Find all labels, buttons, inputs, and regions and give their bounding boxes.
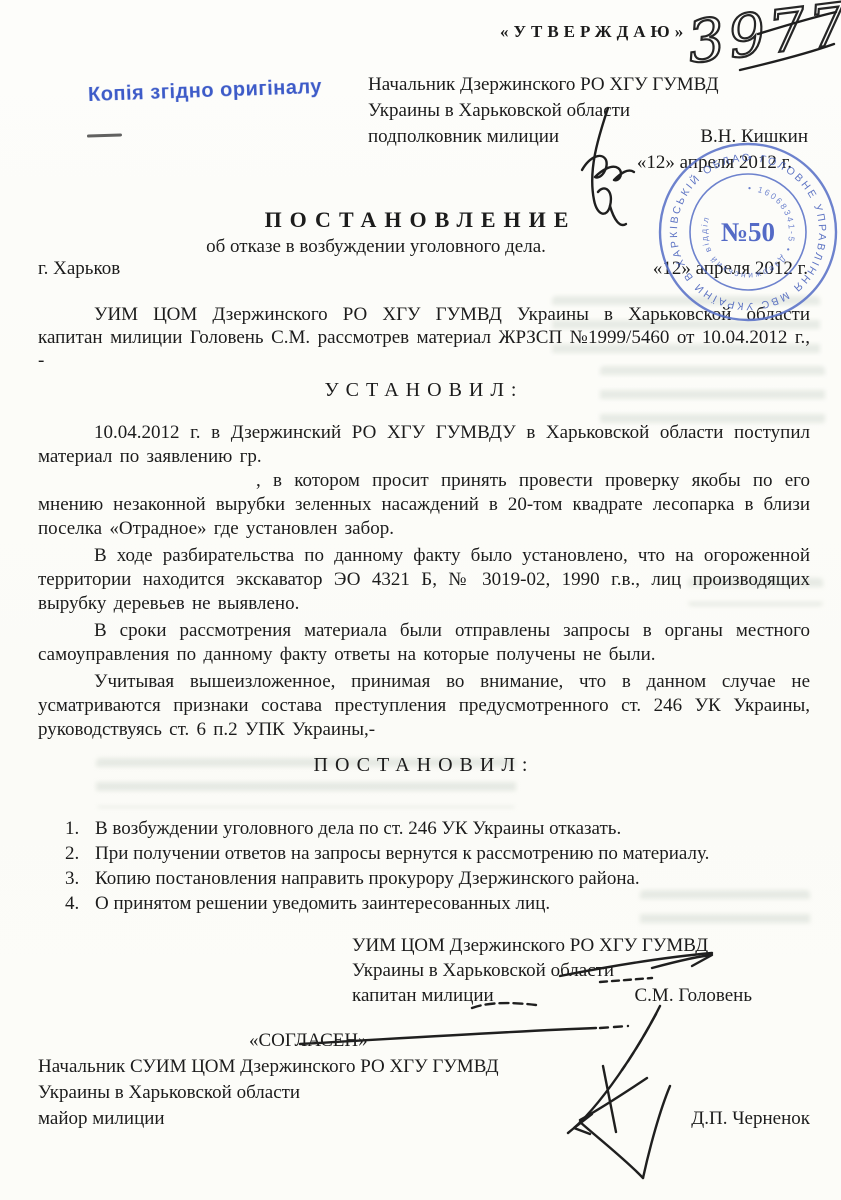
heading-established: УСТАНОВИЛ: bbox=[38, 379, 810, 402]
approver-org-line1: Начальник Дзержинского РО ХГУ ГУМВД bbox=[368, 72, 808, 98]
list-item: 4. О принятом решении уведомить заинтере… bbox=[65, 891, 810, 916]
list-item-text: При получении ответов на запросы вернутс… bbox=[95, 841, 709, 866]
list-item: 3. Копию постановления направить прокуро… bbox=[65, 866, 810, 891]
list-item-number: 1. bbox=[65, 816, 95, 841]
signer2-org-line1: Начальник СУИМ ЦОМ Дзержинского РО ХГУ Г… bbox=[38, 1054, 810, 1080]
signer2-org-line2: Украины в Харьковской области bbox=[38, 1080, 810, 1106]
city-label: г. Харьков bbox=[38, 258, 120, 280]
scanned-document-page: Копія згідно оригіналу «УТВЕРЖДАЮ» 3977 … bbox=[0, 0, 841, 1200]
list-item-text: О принятом решении уведомить заинтересов… bbox=[95, 891, 550, 916]
list-item-number: 4. bbox=[65, 891, 95, 916]
body-paragraph: В сроки рассмотрения материала были отпр… bbox=[38, 619, 810, 667]
list-item-number: 3. bbox=[65, 866, 95, 891]
signer2-block: Начальник СУИМ ЦОМ Дзержинского РО ХГУ Г… bbox=[38, 1054, 810, 1132]
body-paragraph: В ходе разбирательства по данному факту … bbox=[38, 544, 810, 616]
approver-signature bbox=[574, 104, 674, 232]
pen-dash-mark bbox=[87, 133, 122, 137]
document-subtitle: об отказе в возбуждении уголовного дела. bbox=[0, 236, 752, 258]
heading-resolved: ПОСТАНОВИЛ: bbox=[38, 754, 810, 777]
handwritten-registration-number: 3977 bbox=[684, 0, 841, 80]
resolution-list: 1. В возбуждении уголовного дела по ст. … bbox=[38, 816, 810, 916]
seal-number: №50 bbox=[721, 217, 775, 247]
body-paragraph: Учитывая вышеизложенное, принимая во вни… bbox=[38, 670, 810, 742]
signer1-signature bbox=[556, 948, 726, 990]
list-item-text: В возбуждении уголовного дела по ст. 246… bbox=[95, 816, 621, 841]
document-body: УИМ ЦОМ Дзержинского РО ХГУ ГУМВД Украин… bbox=[38, 303, 810, 916]
copy-certification-stamp: Копія згідно оригіналу bbox=[88, 76, 323, 107]
body-paragraph-redacted-continuation: , в котором просит принять провести пров… bbox=[38, 469, 810, 541]
signer2-name: Д.П. Черненок bbox=[691, 1106, 810, 1132]
signer2-rank: майор милиции bbox=[38, 1106, 165, 1132]
approver-rank: подполковник милиции bbox=[368, 124, 559, 150]
list-item: 1. В возбуждении уголовного дела по ст. … bbox=[65, 816, 810, 841]
list-item-number: 2. bbox=[65, 841, 95, 866]
list-item-text: Копию постановления направить прокурору … bbox=[95, 866, 640, 891]
list-item: 2. При получении ответов на запросы верн… bbox=[65, 841, 810, 866]
signer2-signature bbox=[540, 998, 675, 1190]
approve-label: «УТВЕРЖДАЮ» bbox=[500, 22, 688, 42]
body-paragraph: 10.04.2012 г. в Дзержинский РО ХГУ ГУМВД… bbox=[38, 421, 810, 469]
pen-dash-under-rank bbox=[470, 1000, 540, 1012]
round-official-seal: • ГОЛОВНЕ УПРАВЛІННЯ МВС УКРАЇНИ В ХАРКІ… bbox=[656, 140, 840, 324]
